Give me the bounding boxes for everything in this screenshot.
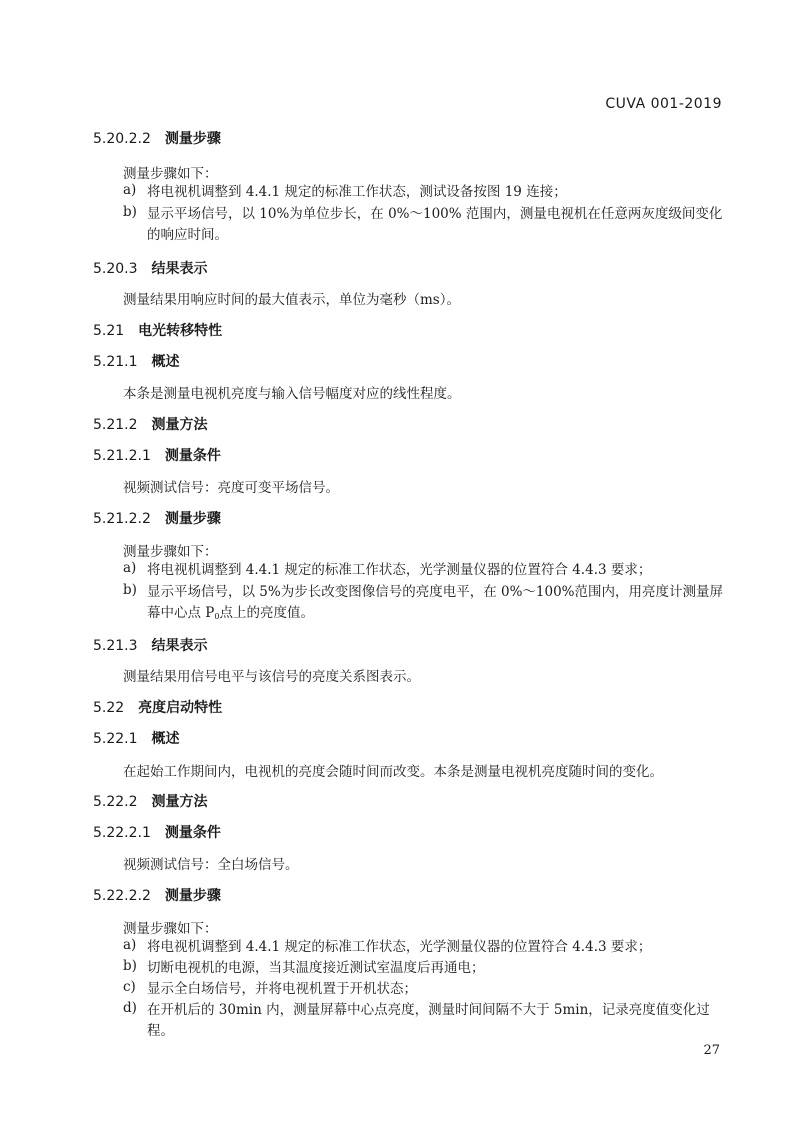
section-heading-5-22-2: 5.22.2测量方法 (93, 791, 208, 811)
section-title: 测量步骤 (165, 511, 221, 527)
list-text: 将电视机调整到 4.4.1 规定的标准工作状态，光学测量仪器的位置符合 4.4.… (147, 560, 725, 581)
section-number: 5.20.3 (93, 261, 138, 277)
paragraph: 测量步骤如下： (123, 917, 218, 937)
section-title: 结果表示 (152, 638, 208, 654)
section-heading-5-21-2-1: 5.21.2.1测量条件 (93, 445, 221, 465)
list-text: 将电视机调整到 4.4.1 规定的标准工作状态，光学测量仪器的位置符合 4.4.… (147, 937, 725, 958)
paragraph: 测量结果用响应时间的最大值表示，单位为毫秒（ms）。 (123, 288, 460, 308)
section-number: 5.22.2.2 (93, 888, 151, 904)
section-title: 测量步骤 (165, 131, 221, 147)
paragraph: 测量步骤如下： (123, 540, 218, 560)
list-text: 显示平场信号，以 10%为单位步长，在 0%～100% 范围内，测量电视机在任意… (147, 204, 725, 246)
section-heading-5-22: 5.22亮度启动特性 (93, 697, 222, 717)
section-title: 概述 (152, 731, 180, 747)
document-id: CUVA 001-2019 (605, 96, 722, 112)
section-number: 5.20.2.2 (93, 131, 151, 147)
section-heading-5-20-2-2: 5.20.2.2测量步骤 (93, 128, 221, 148)
list-marker: a) (123, 937, 136, 953)
section-title: 亮度启动特性 (138, 700, 222, 716)
list-marker: a) (123, 182, 136, 198)
section-heading-5-21-3: 5.21.3结果表示 (93, 635, 208, 655)
list-marker: b) (123, 204, 137, 220)
list-text: 切断电视机的电源，当其温度接近测试室温度后再通电； (147, 958, 725, 979)
section-number: 5.22.2.1 (93, 825, 151, 841)
section-title: 电光转移特性 (138, 323, 222, 339)
paragraph: 视频测试信号：亮度可变平场信号。 (123, 476, 339, 496)
section-number: 5.22.1 (93, 731, 138, 747)
list-text: 显示平场信号，以 5%为步长改变图像信号的亮度电平，在 0%～100%范围内，用… (147, 582, 725, 627)
section-number: 5.21.2 (93, 417, 138, 433)
list-text-part: 点上的亮度值。 (219, 605, 314, 621)
section-title: 结果表示 (152, 261, 208, 277)
section-number: 5.21.2.1 (93, 448, 151, 464)
section-heading-5-22-2-1: 5.22.2.1测量条件 (93, 822, 221, 842)
paragraph: 视频测试信号：全白场信号。 (123, 853, 299, 873)
section-title: 测量条件 (165, 448, 221, 464)
paragraph: 测量结果用信号电平与该信号的亮度关系图表示。 (123, 665, 420, 685)
paragraph: 在起始工作期间内，电视机的亮度会随时间而改变。本条是测量电视机亮度随时间的变化。 (123, 760, 663, 780)
list-marker: a) (123, 560, 136, 576)
section-title: 测量条件 (165, 825, 221, 841)
section-heading-5-21-1: 5.21.1概述 (93, 351, 180, 371)
list-text: 显示全白场信号，并将电视机置于开机状态； (147, 979, 725, 1000)
section-heading-5-22-2-2: 5.22.2.2测量步骤 (93, 885, 221, 905)
section-title: 概述 (152, 354, 180, 370)
list-marker: c) (123, 979, 136, 995)
section-number: 5.22 (93, 700, 124, 716)
list-marker: d) (123, 1000, 137, 1016)
section-number: 5.21.3 (93, 638, 138, 654)
section-title: 测量方法 (152, 794, 208, 810)
list-text: 在开机后的 30min 内，测量屏幕中心点亮度，测量时间间隔不大于 5min，记… (147, 1000, 725, 1042)
section-number: 5.21.2.2 (93, 511, 151, 527)
section-heading-5-22-1: 5.22.1概述 (93, 728, 180, 748)
section-number: 5.21 (93, 323, 124, 339)
list-text: 将电视机调整到 4.4.1 规定的标准工作状态，测试设备按图 19 连接； (147, 182, 725, 203)
list-marker: b) (123, 582, 137, 598)
list-marker: b) (123, 958, 137, 974)
section-title: 测量步骤 (165, 888, 221, 904)
section-heading-5-21-2: 5.21.2测量方法 (93, 414, 208, 434)
section-number: 5.22.2 (93, 794, 138, 810)
paragraph: 本条是测量电视机亮度与输入信号幅度对应的线性程度。 (123, 382, 461, 402)
section-number: 5.21.1 (93, 354, 138, 370)
section-heading-5-20-3: 5.20.3结果表示 (93, 258, 208, 278)
section-heading-5-21-2-2: 5.21.2.2测量步骤 (93, 508, 221, 528)
paragraph: 测量步骤如下： (123, 162, 218, 182)
section-title: 测量方法 (152, 417, 208, 433)
page-number: 27 (703, 1043, 720, 1058)
section-heading-5-21: 5.21电光转移特性 (93, 320, 222, 340)
